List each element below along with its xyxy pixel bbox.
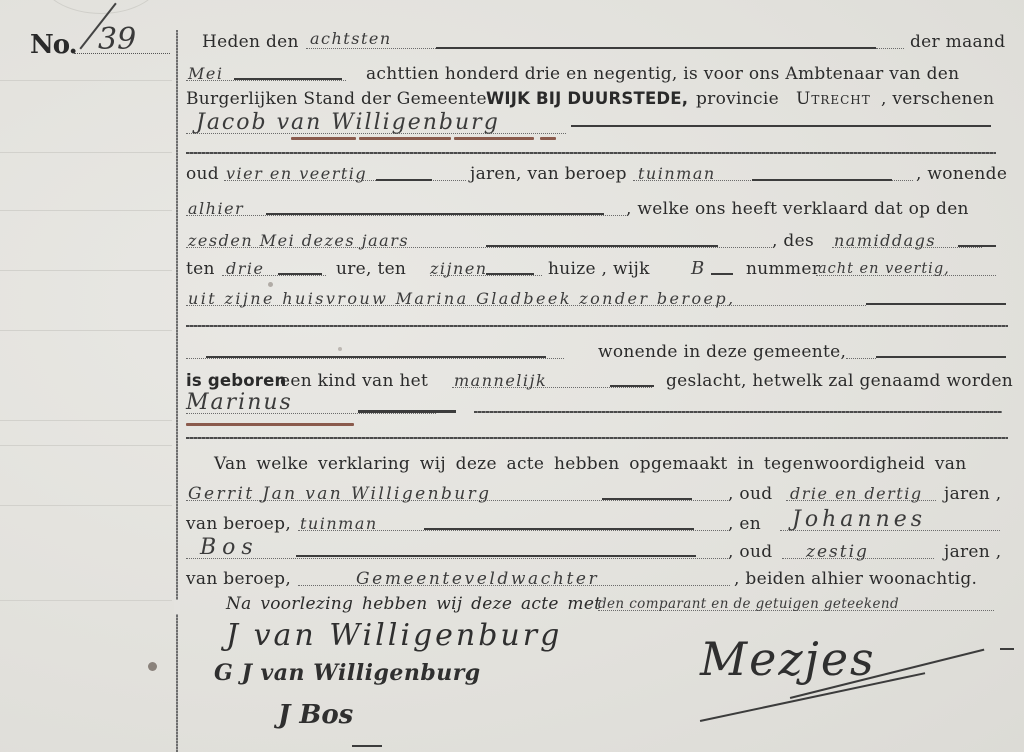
fill-dots <box>186 558 728 559</box>
margin-rule-gap <box>174 600 180 614</box>
line-18: van beroep, Gemeenteveldwachter , beiden… <box>186 565 1004 593</box>
handwritten-time-of-day: namiddags <box>834 227 936 255</box>
printed-text: achttien honderd drie en negentig, is vo… <box>366 60 959 88</box>
fill-dash <box>610 385 654 387</box>
fill-dash <box>486 273 534 275</box>
handwritten-witness1-age: drie en dertig <box>790 480 923 508</box>
blank-line-rule <box>186 325 1008 327</box>
bleed-line <box>0 210 172 211</box>
fill-dash <box>424 528 694 530</box>
line-17: Bos , oud zestig jaren , <box>186 538 1004 566</box>
printed-text: oud <box>186 160 219 188</box>
bleed-line <box>0 600 172 601</box>
fill-dash <box>296 555 696 557</box>
province-name: Utrecht <box>796 85 871 113</box>
line-4: Jacob van Willigenburg <box>186 113 1004 141</box>
fill-dots <box>846 358 876 359</box>
handwritten-witness2-age: zestig <box>806 538 869 566</box>
fill-dots <box>186 215 626 216</box>
fill-dash <box>436 47 876 49</box>
printed-text: van beroep, <box>186 565 291 593</box>
bleed-line <box>0 80 172 81</box>
printed-text: , oud <box>728 480 772 508</box>
fill-dash <box>711 273 733 275</box>
handwritten-signers: den comparant en de getuigen geteekend <box>598 590 899 618</box>
printed-text: , verschenen <box>881 85 994 113</box>
fill-dash <box>958 245 996 247</box>
handwritten-child-name: Marinus <box>186 389 293 417</box>
red-underline <box>454 137 534 140</box>
line-12: is geboren een kind van het mannelijk ge… <box>186 367 1004 395</box>
red-underline <box>359 137 451 140</box>
printed-text: ten <box>186 255 215 283</box>
fill-dots <box>186 80 346 81</box>
printed-text: , des <box>772 227 814 255</box>
printed-text: , wonende <box>916 160 1007 188</box>
blank-line-rule <box>186 152 996 154</box>
ink-spot <box>148 662 157 671</box>
line-8: ten drie ure, ten zijnen huize , wijk B … <box>186 255 1004 283</box>
line-7: zesden Mei dezes jaars , des namiddags <box>186 227 1004 255</box>
fill-dash <box>571 125 991 127</box>
line-6: alhier , welke ons heeft verklaard dat o… <box>186 195 1004 223</box>
printed-text: , en <box>728 510 761 538</box>
handwritten-mother: uit zijne huisvrouw Marina Gladbeek zond… <box>188 285 736 313</box>
handwritten-witness2-firstname: Johannes <box>792 506 926 534</box>
handwritten-father-name: Jacob van Willigenburg <box>196 109 500 137</box>
line-19: Na voorlezing hebben wij deze acte met d… <box>186 590 1004 618</box>
line-5: oud vier en veertig jaren, van beroep tu… <box>186 160 1004 188</box>
bleed-line <box>0 330 172 331</box>
handwritten-witness2-surname: Bos <box>200 534 259 562</box>
margin-rule <box>176 30 178 752</box>
section-divider <box>186 437 1008 439</box>
handwritten-witness1-occupation: tuinman <box>300 510 378 538</box>
printed-text: nummer <box>746 255 820 283</box>
printed-text: der maand <box>910 28 1005 56</box>
signature-father: J van Willigenburg <box>226 618 562 653</box>
fill-dash <box>752 179 892 181</box>
handwritten-witness1-name: Gerrit Jan van Willigenburg <box>188 480 491 508</box>
signature-mark <box>352 745 382 747</box>
printed-text-italic: Na voorlezing hebben wij deze acte met <box>226 590 601 618</box>
fill-dash <box>376 179 432 181</box>
fill-dots <box>876 48 904 49</box>
fill-dash <box>866 303 1006 305</box>
handwritten-house: zijnen <box>430 255 488 283</box>
line-15: Gerrit Jan van Willigenburg , oud drie e… <box>186 480 1004 508</box>
printed-text: een kind van het <box>280 367 428 395</box>
printed-text: geslacht, hetwelk zal genaamd worden <box>666 367 1013 395</box>
red-underline <box>291 137 356 140</box>
bleed-line <box>0 270 172 271</box>
printed-text: jaren , <box>944 538 1001 566</box>
handwritten-hour: drie <box>226 255 264 283</box>
fill-rule <box>474 411 1002 413</box>
printed-text: huize , wijk <box>548 255 650 283</box>
fill-dash <box>358 410 456 413</box>
signature-witness2: J Bos <box>278 700 353 730</box>
printed-text: jaren , <box>944 480 1001 508</box>
handwritten-sex: mannelijk <box>454 367 547 395</box>
handwritten-birth-date: zesden Mei dezes jaars <box>188 227 409 255</box>
printed-text: ure, ten <box>336 255 406 283</box>
fill-dash <box>206 356 546 358</box>
handwritten-witness2-occupation: Gemeenteveldwachter <box>356 565 599 593</box>
printed-text: Van welke verklaring wij deze acte hebbe… <box>214 450 966 478</box>
handwritten-father-age: vier en veertig <box>226 160 367 188</box>
line-13: Marinus <box>186 393 1004 421</box>
line-16: van beroep, tuinman , en Johannes <box>186 510 1004 538</box>
printed-text: provincie <box>696 85 779 113</box>
bleed-line <box>0 152 172 153</box>
certificate-number-label: No. <box>30 30 77 60</box>
fill-dash <box>876 356 1006 358</box>
line-14: Van welke verklaring wij deze acte hebbe… <box>186 450 1004 478</box>
handwritten-father-occupation: tuinman <box>638 160 716 188</box>
document-scan: No. 39 Heden den achtsten der maand Mei … <box>0 0 1024 752</box>
printed-text: wonende in deze gemeente, <box>598 338 846 366</box>
printed-text: , beiden alhier woonachtig. <box>734 565 977 593</box>
fill-dash <box>486 245 718 247</box>
handwritten-day: achtsten <box>310 25 392 53</box>
bleed-line <box>0 445 172 446</box>
red-underline <box>540 137 556 140</box>
fill-dots <box>186 358 564 359</box>
fill-dash <box>602 498 692 500</box>
printed-text: , welke ons heeft verklaard dat op den <box>626 195 969 223</box>
red-underline <box>186 423 354 426</box>
signature-official: Mezjes <box>700 632 876 686</box>
signature-mark <box>1000 648 1014 650</box>
line-11: wonende in deze gemeente, <box>186 338 1004 366</box>
stamp-arc <box>40 0 162 14</box>
fill-dash <box>234 78 342 80</box>
municipality-name: WIJK BIJ DUURSTEDE, <box>486 85 688 113</box>
line-9: uit zijne huisvrouw Marina Gladbeek zond… <box>186 285 1004 313</box>
printed-text: jaren, van beroep <box>470 160 627 188</box>
bleed-line <box>0 505 172 506</box>
certificate-number: 39 <box>98 22 136 57</box>
fill-dash <box>278 273 322 275</box>
handwritten-month: Mei <box>188 60 223 88</box>
handwritten-house-number: acht en veertig, <box>818 255 950 283</box>
bleed-line <box>0 420 172 421</box>
printed-text: , oud <box>728 538 772 566</box>
line-2: Mei achttien honderd drie en negentig, i… <box>186 60 1004 88</box>
printed-text: Heden den <box>202 28 299 56</box>
handwritten-ward: B <box>691 255 706 283</box>
signature-witness1: G J van Willigenburg <box>214 660 481 686</box>
handwritten-residence: alhier <box>188 195 244 223</box>
fill-dash <box>266 213 604 215</box>
line-1: Heden den achtsten der maand <box>186 28 1004 56</box>
